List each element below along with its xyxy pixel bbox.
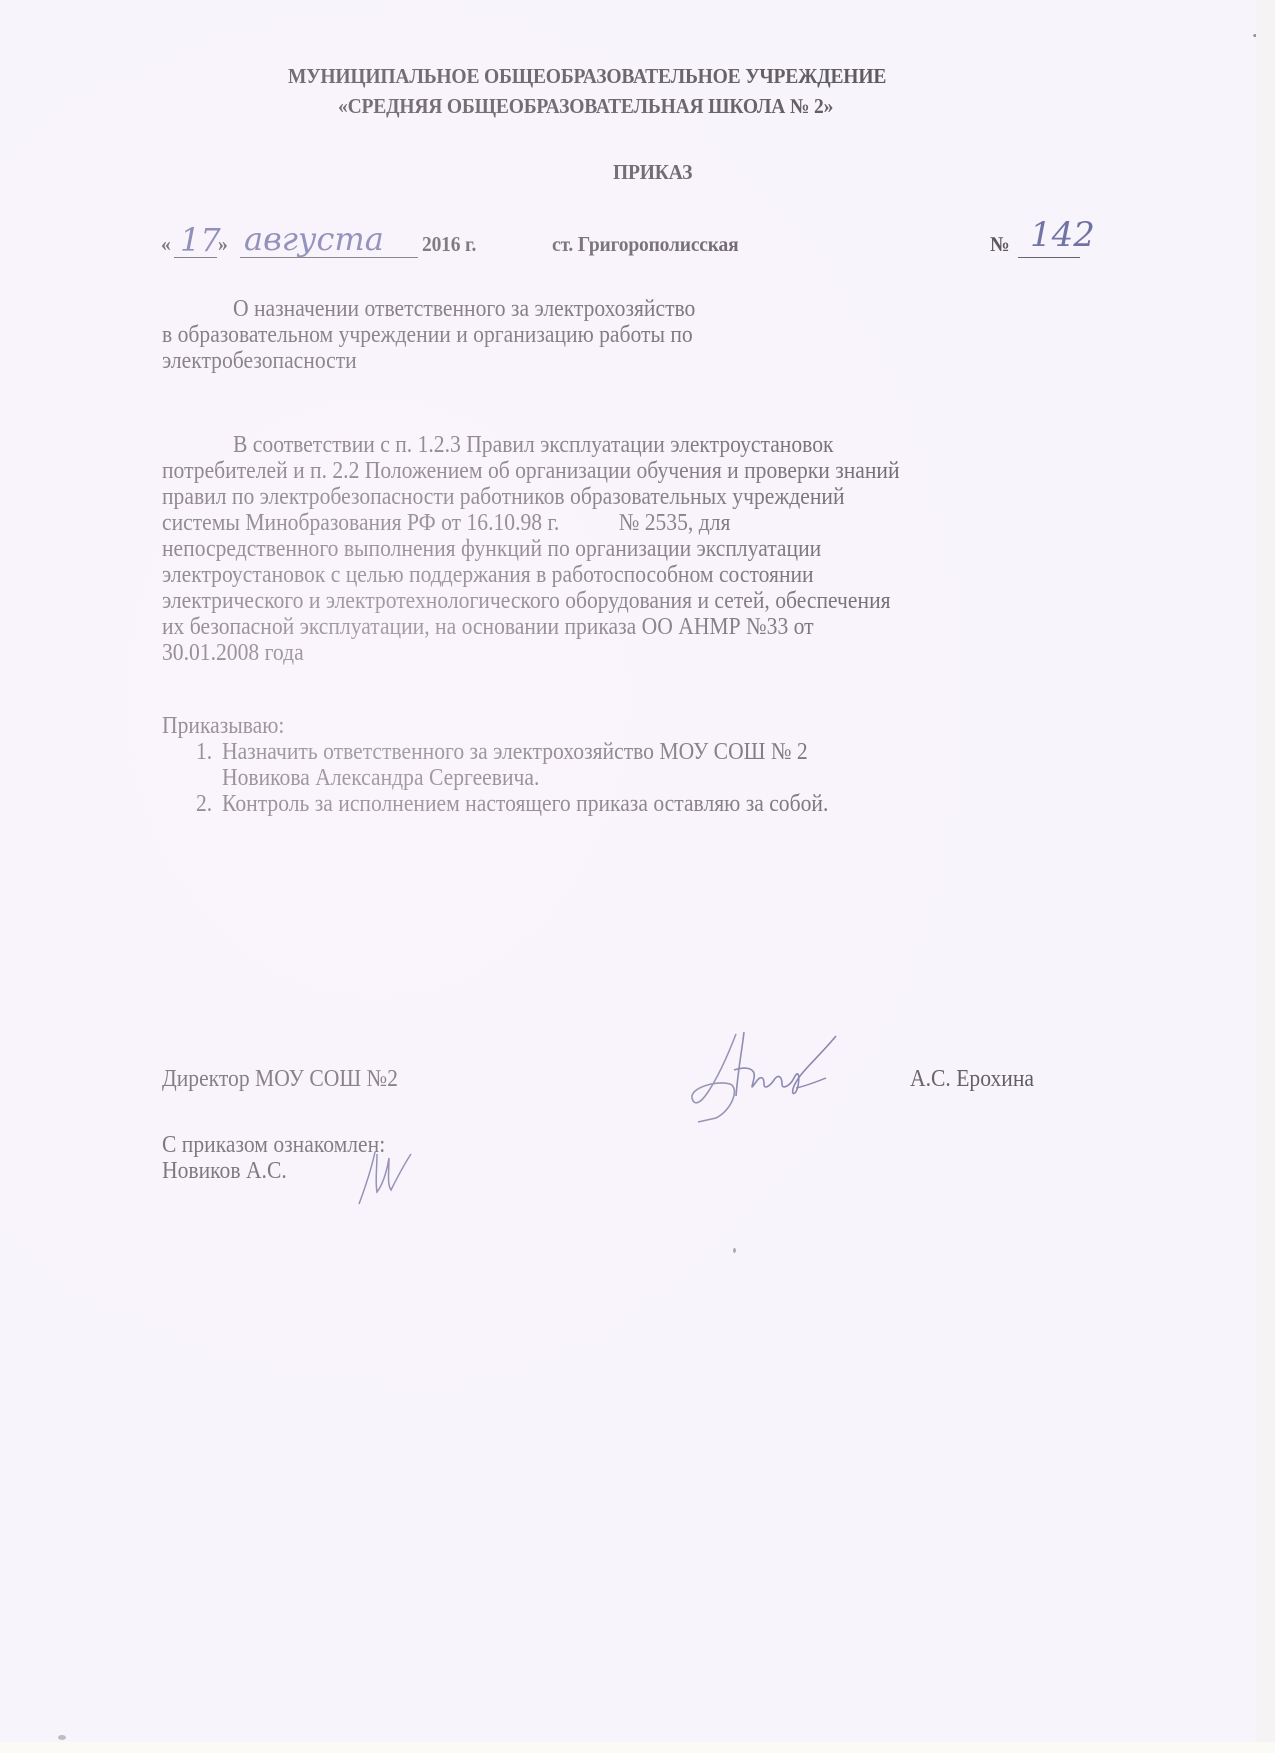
- preamble-line: электроустановок с целью поддержания в р…: [162, 562, 814, 588]
- order-item-number: 1.: [196, 739, 212, 765]
- institution-name-line2: «СРЕДНЯЯ ОБЩЕОБРАЗОВАТЕЛЬНАЯ ШКОЛА № 2»: [338, 94, 833, 119]
- subject-line: в образовательном учреждении и организац…: [162, 322, 693, 348]
- date-month-handwritten: августа: [244, 220, 384, 258]
- preamble-line: непосредственного выполнения функций по …: [162, 536, 821, 562]
- acknowledgement-label: С приказом ознакомлен:: [162, 1132, 385, 1158]
- preamble-line: В соответствии с п. 1.2.3 Правил эксплуа…: [233, 432, 834, 458]
- director-signature: [686, 1030, 846, 1125]
- date-open-quote: «: [161, 232, 171, 257]
- acknowledgement-name: Новиков А.С.: [162, 1158, 287, 1184]
- place-name: ст. Григорополисская: [552, 232, 739, 257]
- subject-line: электробезопасности: [162, 348, 357, 374]
- number-underline: [1018, 257, 1080, 258]
- date-close-quote: »: [218, 232, 228, 257]
- date-year: 2016 г.: [422, 232, 476, 257]
- document-type-title: ПРИКАЗ: [613, 160, 692, 185]
- scan-speck: [58, 1735, 66, 1740]
- preamble-line: их безопасной эксплуатации, на основании…: [162, 614, 814, 640]
- preamble-line: потребителей и п. 2.2 Положением об орга…: [162, 458, 900, 484]
- director-position: Директор МОУ СОШ №2: [162, 1066, 398, 1092]
- scanned-page: МУНИЦИПАЛЬНОЕ ОБЩЕОБРАЗОВАТЕЛЬНОЕ УЧРЕЖД…: [0, 0, 1256, 1742]
- order-item-number: 2.: [196, 791, 212, 817]
- scan-edge-right: [1256, 0, 1275, 1753]
- order-item-text: Назначить ответственного за электрохозяй…: [222, 739, 808, 765]
- order-intro: Приказываю:: [162, 713, 284, 739]
- order-number-handwritten: 142: [1030, 215, 1095, 255]
- order-item-text: Контроль за исполнением настоящего прика…: [222, 791, 828, 817]
- director-name: А.С. Ерохина: [910, 1066, 1034, 1092]
- preamble-line: правил по электробезопасности работников…: [162, 484, 845, 510]
- institution-name-line1: МУНИЦИПАЛЬНОЕ ОБЩЕОБРАЗОВАТЕЛЬНОЕ УЧРЕЖД…: [288, 64, 886, 89]
- date-day-handwritten: 17: [180, 221, 221, 259]
- subject-line: О назначении ответственного за электрохо…: [233, 296, 695, 322]
- scan-speck: [733, 1248, 736, 1253]
- preamble-line: системы Минобразования РФ от 16.10.98 г.…: [162, 510, 730, 536]
- scan-edge-bottom: [0, 1742, 1275, 1753]
- order-number-label: №: [990, 232, 1009, 257]
- preamble-line: 30.01.2008 года: [162, 640, 304, 666]
- preamble-line: электрического и электротехнологического…: [162, 588, 891, 614]
- employee-signature: [355, 1148, 425, 1208]
- order-item-text: Новикова Александра Сергеевича.: [222, 765, 539, 791]
